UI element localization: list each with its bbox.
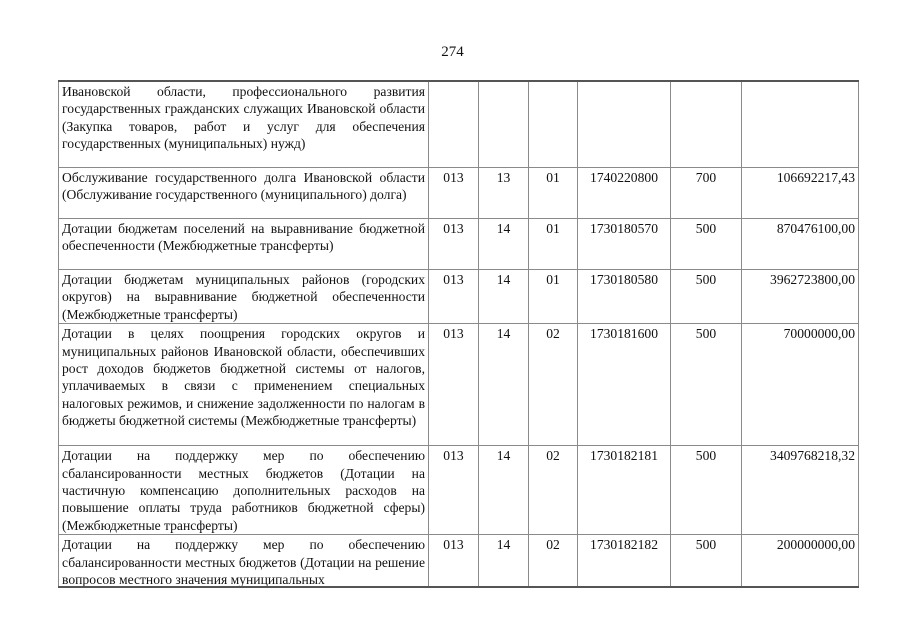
cell-section: 14 [479,219,529,270]
table-row: Ивановской области, профессионального ра… [59,81,859,168]
cell-amount: 3962723800,00 [742,270,859,324]
cell-expense-type: 500 [671,270,742,324]
cell-expense-type: 500 [671,535,742,588]
cell-amount [742,81,859,168]
cell-description: Дотации на поддержку мер по обеспечению … [59,535,429,588]
page-number: 274 [0,44,905,61]
cell-amount: 3409768218,32 [742,446,859,535]
cell-subsection: 01 [529,270,578,324]
cell-expense-type: 700 [671,168,742,219]
cell-ministry: 013 [429,168,479,219]
table-row: Дотации бюджетам муниципальных районов (… [59,270,859,324]
table-row: Дотации бюджетам поселений на выравниван… [59,219,859,270]
budget-allocation-table: Ивановской области, профессионального ра… [58,80,859,588]
cell-section: 13 [479,168,529,219]
cell-subsection [529,81,578,168]
cell-target-article: 1730180580 [578,270,671,324]
cell-ministry: 013 [429,446,479,535]
cell-ministry: 013 [429,535,479,588]
cell-description: Дотации в целях поощрения городских окру… [59,324,429,446]
cell-target-article: 1730182182 [578,535,671,588]
cell-description: Дотации на поддержку мер по обеспечению … [59,446,429,535]
table-row: Дотации на поддержку мер по обеспечению … [59,446,859,535]
cell-expense-type [671,81,742,168]
cell-ministry: 013 [429,270,479,324]
cell-description-text: Дотации на поддержку мер по обеспечению … [62,536,425,586]
cell-amount: 200000000,00 [742,535,859,588]
cell-target-article: 1730182181 [578,446,671,535]
cell-section: 14 [479,270,529,324]
cell-subsection: 01 [529,168,578,219]
cell-subsection: 02 [529,535,578,588]
cell-expense-type: 500 [671,446,742,535]
cell-description: Дотации бюджетам поселений на выравниван… [59,219,429,270]
cell-target-article: 1730180570 [578,219,671,270]
cell-description: Обслуживание государственного долга Иван… [59,168,429,219]
cell-section: 14 [479,324,529,446]
cell-ministry: 013 [429,219,479,270]
cell-section [479,81,529,168]
cell-amount: 70000000,00 [742,324,859,446]
cell-target-article: 1740220800 [578,168,671,219]
cell-subsection: 02 [529,446,578,535]
cell-description: Ивановской области, профессионального ра… [59,81,429,168]
table-row: Обслуживание государственного долга Иван… [59,168,859,219]
cell-target-article: 1730181600 [578,324,671,446]
cell-target-article [578,81,671,168]
table-row: Дотации на поддержку мер по обеспечению … [59,535,859,588]
cell-expense-type: 500 [671,324,742,446]
cell-section: 14 [479,446,529,535]
cell-amount: 106692217,43 [742,168,859,219]
cell-expense-type: 500 [671,219,742,270]
cell-amount: 870476100,00 [742,219,859,270]
cell-subsection: 01 [529,219,578,270]
cell-ministry: 013 [429,324,479,446]
cell-description: Дотации бюджетам муниципальных районов (… [59,270,429,324]
table-row: Дотации в целях поощрения городских окру… [59,324,859,446]
cell-ministry [429,81,479,168]
cell-section: 14 [479,535,529,588]
cell-subsection: 02 [529,324,578,446]
